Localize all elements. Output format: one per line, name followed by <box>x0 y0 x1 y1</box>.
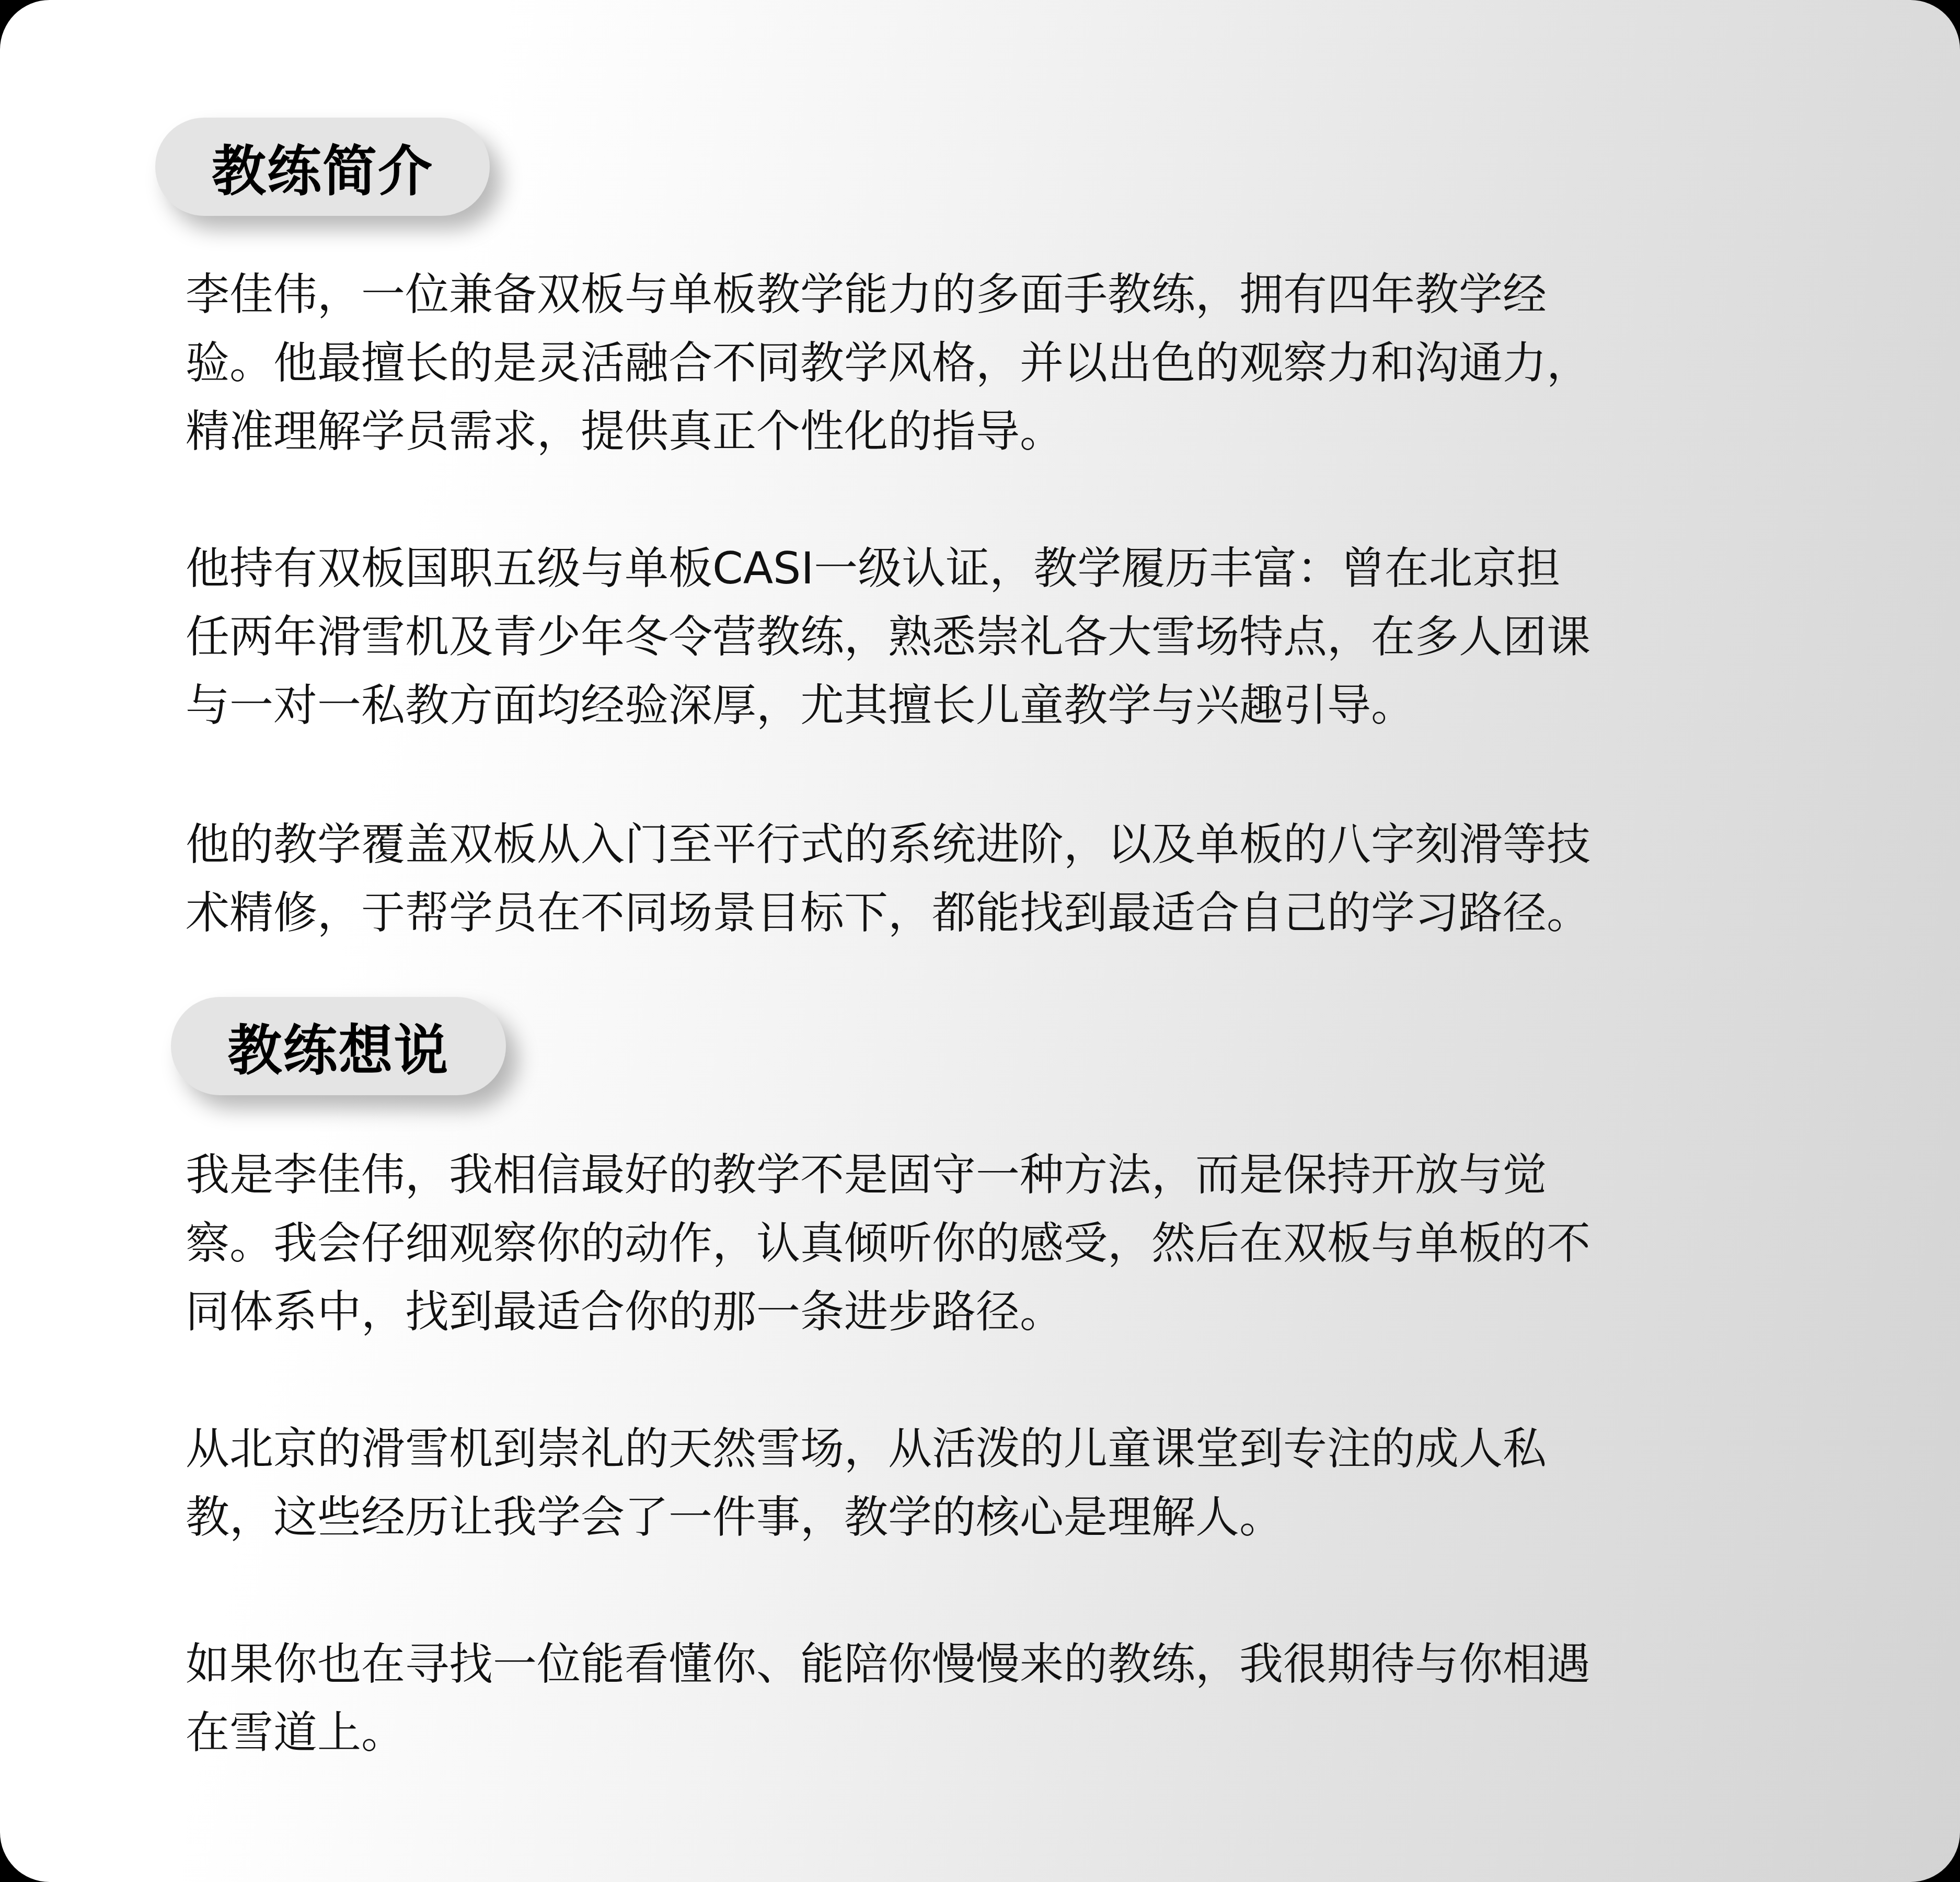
message-paragraph-3: 如果你也在寻找一位能看懂你、能陪你慢慢来的教练，我很期待与你相遇 在雪道上。 <box>186 1630 1785 1767</box>
text-line: 术精修，于帮学员在不同场景目标下，都能找到最适合自己的学习路径。 <box>186 879 1785 947</box>
intro-paragraph-2: 他持有双板国职五级与单板CASI一级认证，教学履历丰富：曾在北京担 任两年滑雪机… <box>186 534 1785 740</box>
text-line: 精准理解学员需求，提供真正个性化的指导。 <box>186 397 1785 466</box>
section-heading-coach-says: 教练想说 <box>171 997 506 1095</box>
section-title: 教练简介 <box>212 128 433 206</box>
text-line: 他的教学覆盖双板从入门至平行式的系统进阶，以及单板的八字刻滑等技 <box>186 810 1785 879</box>
text-line: 李佳伟，一位兼备双板与单板教学能力的多面手教练，拥有四年教学经 <box>186 260 1785 329</box>
text-line: 在雪道上。 <box>186 1699 1785 1767</box>
text-line: 验。他最擅长的是灵活融合不同教学风格，并以出色的观察力和沟通力， <box>186 329 1785 397</box>
text-line: 察。我会仔细观察你的动作，认真倾听你的感受，然后在双板与单板的不 <box>186 1209 1785 1278</box>
section-title: 教练想说 <box>227 1007 449 1085</box>
text-line: 他持有双板国职五级与单板CASI一级认证，教学履历丰富：曾在北京担 <box>186 534 1785 603</box>
text-line: 与一对一私教方面均经验深厚，尤其擅长儿童教学与兴趣引导。 <box>186 671 1785 740</box>
text-line: 从北京的滑雪机到崇礼的天然雪场，从活泼的儿童课堂到专注的成人私 <box>186 1415 1785 1483</box>
intro-paragraph-3: 他的教学覆盖双板从入门至平行式的系统进阶，以及单板的八字刻滑等技 术精修，于帮学… <box>186 810 1785 947</box>
intro-paragraph-1: 李佳伟，一位兼备双板与单板教学能力的多面手教练，拥有四年教学经 验。他最擅长的是… <box>186 260 1785 466</box>
text-line: 教，这些经历让我学会了一件事，教学的核心是理解人。 <box>186 1483 1785 1552</box>
message-paragraph-2: 从北京的滑雪机到崇礼的天然雪场，从活泼的儿童课堂到专注的成人私 教，这些经历让我… <box>186 1415 1785 1552</box>
message-paragraph-1: 我是李佳伟，我相信最好的教学不是固守一种方法，而是保持开放与觉 察。我会仔细观察… <box>186 1141 1785 1346</box>
text-line: 同体系中，找到最适合你的那一条进步路径。 <box>186 1278 1785 1346</box>
text-line: 我是李佳伟，我相信最好的教学不是固守一种方法，而是保持开放与觉 <box>186 1141 1785 1209</box>
coach-profile-card: 教练简介 李佳伟，一位兼备双板与单板教学能力的多面手教练，拥有四年教学经 验。他… <box>0 0 1960 1882</box>
text-line: 任两年滑雪机及青少年冬令营教练，熟悉崇礼各大雪场特点，在多人团课 <box>186 603 1785 671</box>
text-line: 如果你也在寻找一位能看懂你、能陪你慢慢来的教练，我很期待与你相遇 <box>186 1630 1785 1699</box>
section-heading-coach-intro: 教练简介 <box>155 118 490 216</box>
